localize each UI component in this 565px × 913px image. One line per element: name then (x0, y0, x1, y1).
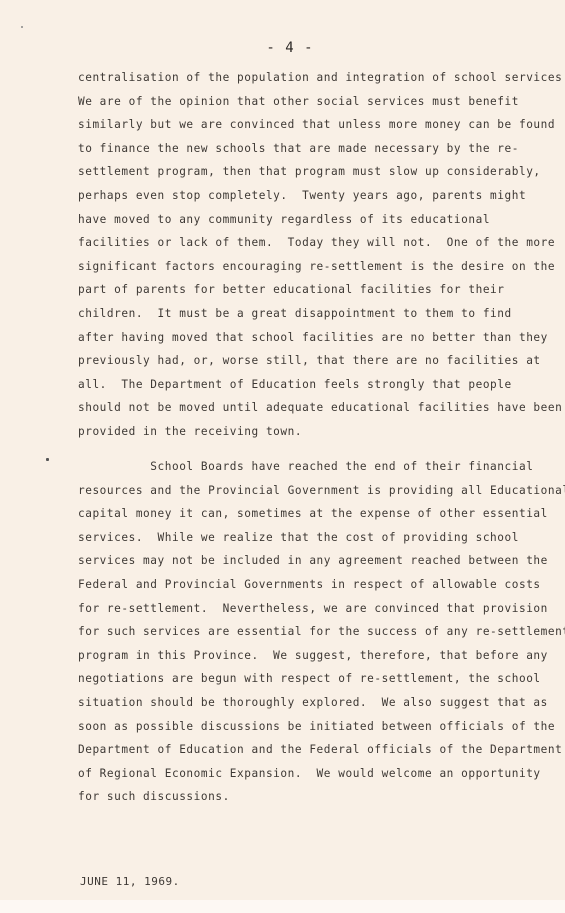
text-line: for re-settlement. Nevertheless, we are … (78, 602, 548, 615)
text-line: We are of the opinion that other social … (78, 95, 519, 108)
text-line: Department of Education and the Federal … (78, 743, 562, 756)
text-line: significant factors encouraging re-settl… (78, 260, 555, 273)
text-line: for such services are essential for the … (78, 625, 565, 638)
text-line: negotiations are begun with respect of r… (78, 672, 541, 685)
text-line: after having moved that school facilitie… (78, 331, 548, 344)
text-line: Federal and Provincial Governments in re… (78, 578, 541, 591)
document-page: - 4 - centralisation of the population a… (0, 0, 565, 900)
text-line: provided in the receiving town. (78, 425, 302, 438)
document-date: JUNE 11, 1969. (80, 875, 180, 888)
paper-speck (21, 26, 23, 28)
text-line: have moved to any community regardless o… (78, 213, 490, 226)
text-line: of Regional Economic Expansion. We would… (78, 767, 541, 780)
text-line: settlement program, then that program mu… (78, 165, 541, 178)
text-line: centralisation of the population and int… (78, 71, 565, 84)
page-bottom-edge (0, 900, 565, 913)
text-line: previously had, or, worse still, that th… (78, 354, 541, 367)
page-number: - 4 - (0, 40, 565, 56)
text-line: soon as possible discussions be initiate… (78, 720, 555, 733)
text-line: services may not be included in any agre… (78, 554, 548, 567)
text-line: School Boards have reached the end of th… (78, 460, 533, 473)
text-line: facilities or lack of them. Today they w… (78, 236, 555, 249)
text-line: capital money it can, sometimes at the e… (78, 507, 548, 520)
text-line: services. While we realize that the cost… (78, 531, 519, 544)
text-line: should not be moved until adequate educa… (78, 401, 562, 414)
text-line: similarly but we are convinced that unle… (78, 118, 555, 131)
text-line: perhaps even stop completely. Twenty yea… (78, 189, 526, 202)
text-line: program in this Province. We suggest, th… (78, 649, 548, 662)
text-line: situation should be thoroughly explored.… (78, 696, 548, 709)
text-line: to finance the new schools that are made… (78, 142, 519, 155)
text-line: resources and the Provincial Government … (78, 484, 565, 497)
text-line: for such discussions. (78, 790, 230, 803)
text-line: children. It must be a great disappointm… (78, 307, 512, 320)
paper-speck (46, 458, 49, 461)
text-line: all. The Department of Education feels s… (78, 378, 512, 391)
text-line: part of parents for better educational f… (78, 283, 505, 296)
